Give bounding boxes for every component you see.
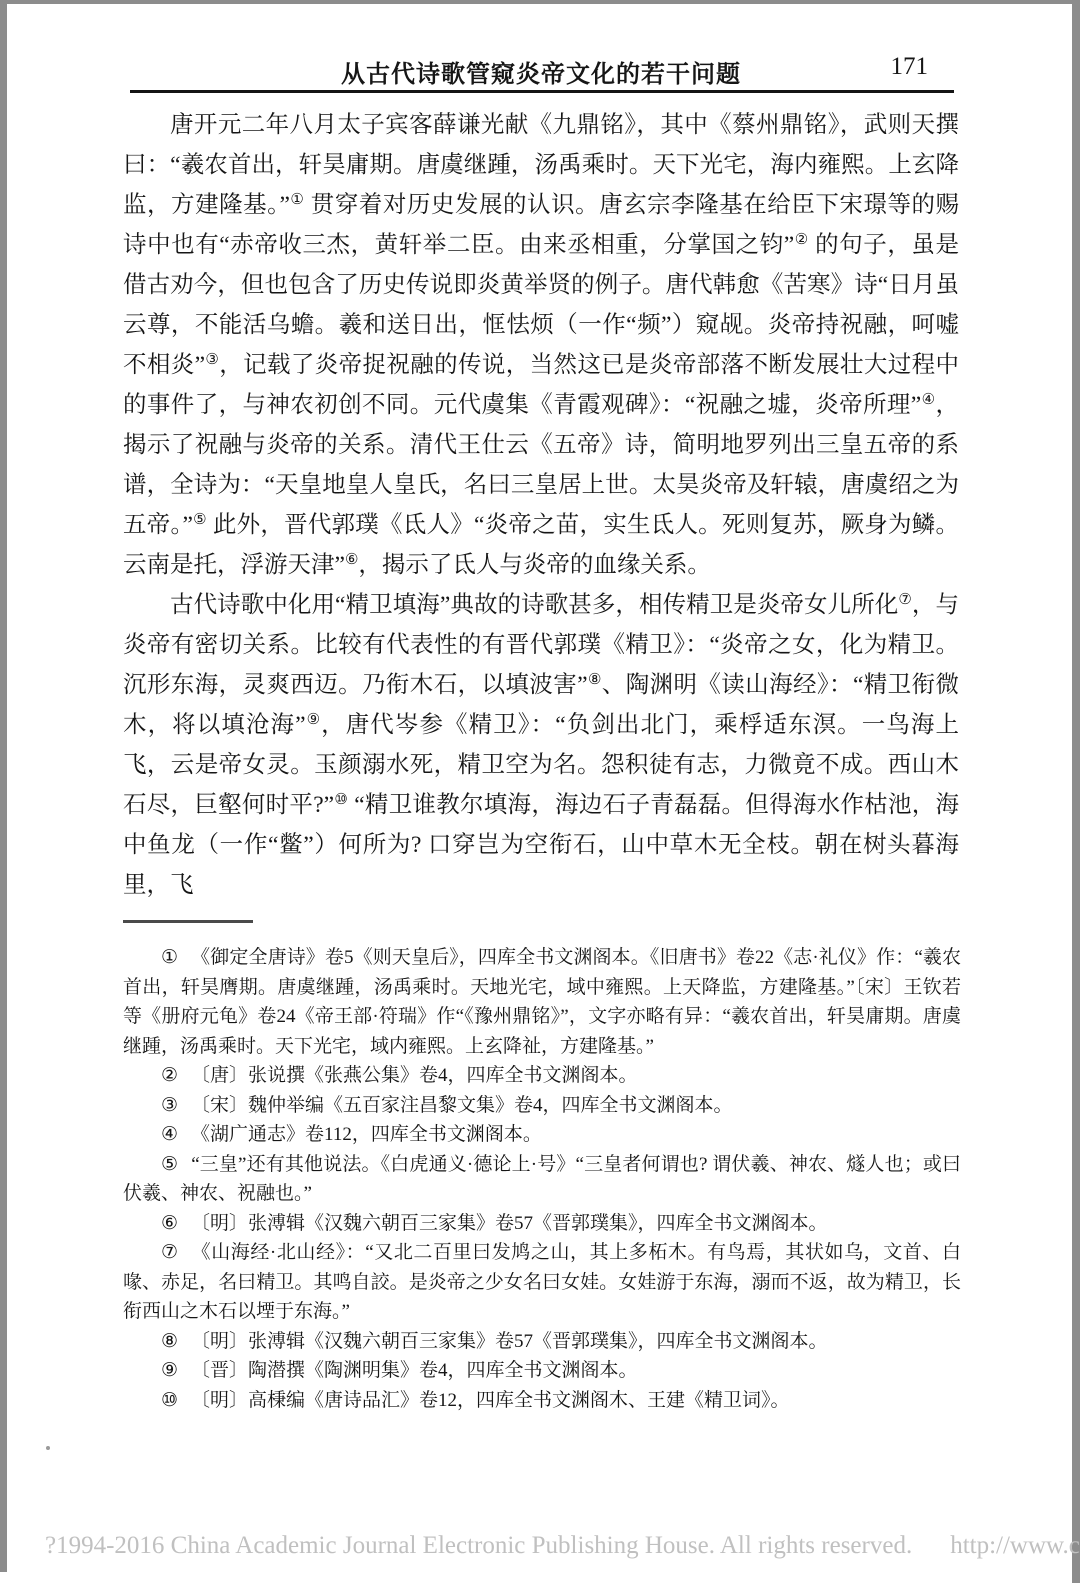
footnote-number: ③ <box>161 1095 178 1116</box>
scan-edge-top <box>0 0 1080 4</box>
footnote-number: ⑧ <box>161 1331 178 1352</box>
footnote-item: ⑨〔晋〕陶潜撰《陶渊明集》卷4，四库全书文渊阁本。 <box>123 1356 961 1386</box>
footnote-item: ⑥〔明〕张溥辑《汉魏六朝百三家集》卷57《晋郭璞集》，四库全书文渊阁本。 <box>123 1209 961 1239</box>
footnote-ref: ③ <box>205 352 219 368</box>
footnote-ref: ⑦ <box>898 592 912 608</box>
footnote-item: ④《湖广通志》卷112，四库全书文渊阁本。 <box>123 1120 961 1150</box>
footnote-number: ⑩ <box>161 1390 178 1411</box>
footnote-ref: ⑩ <box>334 792 348 808</box>
scan-edge-left <box>0 0 7 1572</box>
page-title: 从古代诗歌管窥炎帝文化的若干问题 <box>123 54 959 89</box>
header-rule <box>130 90 954 93</box>
footnote-item: ⑤“三皇”还有其他说法。《白虎通义·德论上·号》“三皇者何谓也? 谓伏羲、神农、… <box>123 1150 961 1209</box>
footnote-ref: ④ <box>921 392 935 408</box>
paragraph: 古代诗歌中化用“精卫填海”典故的诗歌甚多，相传精卫是炎帝女儿所化⑦，与炎帝有密切… <box>123 585 959 905</box>
footnote-separator <box>123 920 253 923</box>
footnote-ref: ① <box>290 192 305 208</box>
body-text: 唐开元二年八月太子宾客薛谦光献《九鼎铭》，其中《蔡州鼎铭》，武则天撰曰：“羲农首… <box>123 105 959 905</box>
footnote-item: ①《御定全唐诗》卷5《则天皇后》，四库全书文渊阁本。《旧唐书》卷22《志·礼仪》… <box>123 943 961 1061</box>
footnote-ref: ⑧ <box>588 672 602 688</box>
footnote-item: ③〔宋〕魏仲举编《五百家注昌黎文集》卷4，四库全书文渊阁本。 <box>123 1091 961 1121</box>
footnote-ref: ② <box>794 232 809 248</box>
scan-speck <box>46 1446 50 1450</box>
footnote-item: ⑧〔明〕张溥辑《汉魏六朝百三家集》卷57《晋郭璞集》，四库全书文渊阁本。 <box>123 1327 961 1357</box>
page-number: 171 <box>891 53 929 81</box>
watermark-text: ?1994-2016 China Academic Journal Electr… <box>45 1532 912 1559</box>
watermark-url: http://www.cnki.net <box>950 1532 1080 1559</box>
footnote-number: ④ <box>161 1124 178 1145</box>
footnotes: ①《御定全唐诗》卷5《则天皇后》，四库全书文渊阁本。《旧唐书》卷22《志·礼仪》… <box>123 943 961 1415</box>
footnote-ref: ⑨ <box>306 712 322 728</box>
footnote-number: ⑤ <box>161 1154 178 1175</box>
footnote-item: ⑦《山海经·北山经》：“又北二百里曰发鸠之山，其上多柘木。有鸟焉，其状如乌，文首… <box>123 1238 961 1327</box>
paragraph: 唐开元二年八月太子宾客薛谦光献《九鼎铭》，其中《蔡州鼎铭》，武则天撰曰：“羲农首… <box>123 105 959 585</box>
footnote-number: ② <box>161 1065 178 1086</box>
footnote-item: ⑩〔明〕高棅编《唐诗品汇》卷12，四库全书文渊阁木、王建《精卫词》。 <box>123 1386 961 1416</box>
footnote-number: ⑥ <box>161 1213 178 1234</box>
footnote-ref: ⑤ <box>193 512 207 528</box>
footnote-number: ⑦ <box>161 1242 179 1263</box>
footnote-number: ① <box>161 947 178 968</box>
watermark: ?1994-2016 China Academic Journal Electr… <box>45 1532 985 1560</box>
footnote-number: ⑨ <box>161 1360 178 1381</box>
scanned-paper-page: 从古代诗歌管窥炎帝文化的若干问题 171 唐开元二年八月太子宾客薛谦光献《九鼎铭… <box>0 0 1080 1587</box>
scan-edge-right <box>1072 0 1080 1583</box>
footnote-item: ②〔唐〕张说撰《张燕公集》卷4，四库全书文渊阁本。 <box>123 1061 961 1091</box>
footnote-ref: ⑥ <box>345 552 358 568</box>
